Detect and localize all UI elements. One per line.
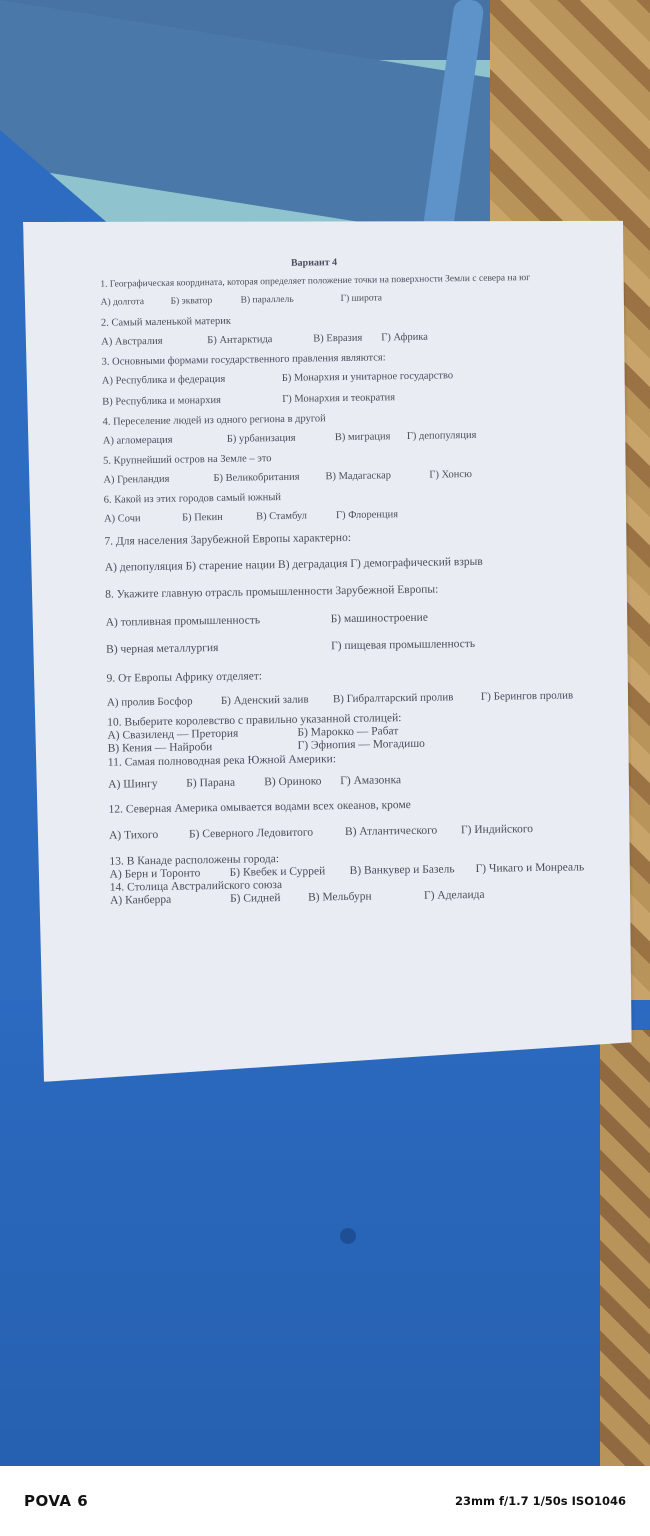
option-v: В) деградация — [278, 557, 348, 573]
option-a: А) депопуляция — [105, 560, 183, 576]
option-a: А) пролив Босфор — [107, 694, 221, 711]
question-options: А) топливная промышленностьБ) машиностро… — [106, 608, 590, 631]
option-a: А) топливная промышленность — [106, 612, 331, 631]
questions-7-to-14: 7. Для населения Зарубежной Европы харак… — [28, 527, 594, 909]
photo-background: Вариант 4 1. Географическая координата, … — [0, 0, 650, 1466]
desk-bolt — [340, 1228, 356, 1244]
question-3: 3. Основными формами государственного пр… — [25, 348, 586, 411]
question-options: В) черная металлургияГ) пищевая промышле… — [106, 635, 590, 658]
question-1: 1. Географическая координата, которая оп… — [24, 270, 584, 312]
question-options: А) агломерацияБ) урбанизацияВ) миграцияГ… — [103, 426, 587, 449]
question-options: А) депопуляция Б) старение нации В) дегр… — [105, 553, 589, 576]
option-a: А) долгота — [101, 295, 171, 311]
option-b: Б) Парана — [186, 775, 264, 791]
option-v: В) Мадагаскар — [325, 468, 429, 485]
question-options: А) долготаБ) экваторВ) параллельГ) широт… — [101, 288, 585, 311]
question-12: 12. Северная Америка омывается водами вс… — [33, 795, 594, 845]
option-a: А) Гренландия — [103, 471, 213, 488]
question-options: А) ГренландияБ) ВеликобританияВ) Мадагас… — [103, 465, 587, 488]
question-9: 9. От Европы Африку отделяет: А) пролив … — [30, 664, 591, 712]
option-g: Г) Индийского — [461, 822, 533, 838]
option-b: Б) урбанизация — [227, 430, 335, 447]
carpet-corner — [600, 1030, 650, 1466]
option-v: В) Мельбурн — [308, 890, 424, 905]
question-text: 8. Укажите главную отрасль промышленност… — [105, 580, 589, 602]
option-b: Б) Пекин — [182, 509, 256, 525]
option-g: Г) Аделаида — [424, 889, 485, 903]
question-options: А) пролив БосфорБ) Аденский заливВ) Гибр… — [107, 688, 591, 711]
option-g: Г) Монархия и теократия — [282, 390, 395, 407]
option-b: Б) Антарктида — [207, 331, 313, 348]
option-b: Б) старение нации — [185, 558, 275, 574]
option-a: А) Шингу — [108, 777, 186, 793]
question-text: 9. От Европы Африку отделяет: — [106, 664, 590, 686]
option-g: Г) депопуляция — [407, 428, 477, 444]
option-b: Б) экватор — [171, 294, 241, 310]
question-options: А) АвстралияБ) АнтарктидаВ) ЕвразияГ) Аф… — [101, 327, 585, 350]
question-11: 11. Самая полноводная река Южной Америки… — [32, 748, 593, 794]
option-g: Г) широта — [341, 291, 383, 307]
option-v: В) черная металлургия — [106, 639, 331, 658]
option-b: Б) Монархия и унитарное государство — [282, 368, 453, 386]
option-v: В) Республика и монархия — [102, 392, 282, 410]
option-a: А) Тихого — [109, 827, 189, 843]
option-a: А) Австралия — [101, 333, 207, 350]
option-v: В) параллель — [241, 292, 341, 309]
question-5: 5. Крупнейший остров на Земле – это А) Г… — [27, 447, 587, 489]
option-g: Г) Берингов пролив — [481, 688, 573, 704]
question-7: 7. Для населения Зарубежной Европы харак… — [28, 527, 589, 577]
option-a: А) Канберра — [110, 893, 230, 908]
question-options: А) ШингуБ) ПаранаВ) ОринокоГ) Амазонка — [108, 770, 592, 793]
question-options: В) Республика и монархияГ) Монархия и те… — [102, 387, 586, 410]
option-g: Г) Африка — [381, 330, 428, 346]
question-options: А) СочиБ) ПекинВ) СтамбулГ) Флоренция — [104, 504, 588, 527]
option-g: Г) Флоренция — [336, 507, 398, 523]
option-v: В) Евразия — [313, 330, 381, 346]
camera-brand: POVA 6 — [24, 1492, 88, 1510]
camera-exif: 23mm f/1.7 1/50s ISO1046 — [455, 1494, 626, 1508]
camera-watermark-bar: POVA 6 23mm f/1.7 1/50s ISO1046 — [0, 1466, 650, 1536]
option-a: А) Сочи — [104, 511, 182, 527]
question-6: 6. Какой из этих городов самый южный А) … — [28, 486, 588, 528]
option-g: Г) Хонсю — [429, 467, 472, 483]
option-b: Б) Сидней — [230, 892, 308, 906]
option-b: Б) Великобритания — [213, 469, 325, 486]
option-v: В) Атлантического — [345, 823, 461, 840]
option-a: А) агломерация — [103, 432, 227, 449]
question-8: 8. Укажите главную отрасль промышленност… — [29, 580, 590, 659]
option-b: Б) Аденский залив — [221, 692, 333, 709]
option-v: В) Ориноко — [264, 774, 340, 790]
question-options: А) ТихогоБ) Северного ЛедовитогоВ) Атлан… — [109, 821, 593, 844]
option-g: Г) демографический взрыв — [350, 555, 483, 572]
option-g: Г) Чикаго и Монреаль — [475, 861, 584, 876]
option-v: В) миграция — [335, 429, 407, 445]
option-b: Б) Северного Ледовитого — [189, 825, 345, 842]
option-v: В) Стамбул — [256, 508, 336, 524]
option-g: Г) Эфиопия — Могадишо — [298, 738, 425, 753]
question-4: 4. Переселение людей из одного региона в… — [26, 408, 586, 450]
option-b: Б) машиностроение — [331, 611, 428, 628]
question-text: 7. Для населения Зарубежной Европы харак… — [104, 527, 588, 549]
question-2: 2. Самый маленькой материк А) АвстралияБ… — [25, 309, 585, 351]
option-v: В) Ванкувер и Базель — [350, 863, 476, 878]
question-options: А) Республика и федерацияБ) Монархия и у… — [102, 366, 586, 389]
option-a: А) Республика и федерация — [102, 371, 282, 389]
question-text: 12. Северная Америка омывается водами вс… — [109, 795, 593, 817]
option-b: Б) Квебек и Суррей — [230, 865, 350, 880]
test-document: Вариант 4 1. Географическая координата, … — [24, 253, 594, 909]
option-v: В) Гибралтарский пролив — [333, 690, 481, 707]
option-g: Г) пищевая промышленность — [331, 637, 475, 654]
option-g: Г) Амазонка — [340, 773, 401, 789]
